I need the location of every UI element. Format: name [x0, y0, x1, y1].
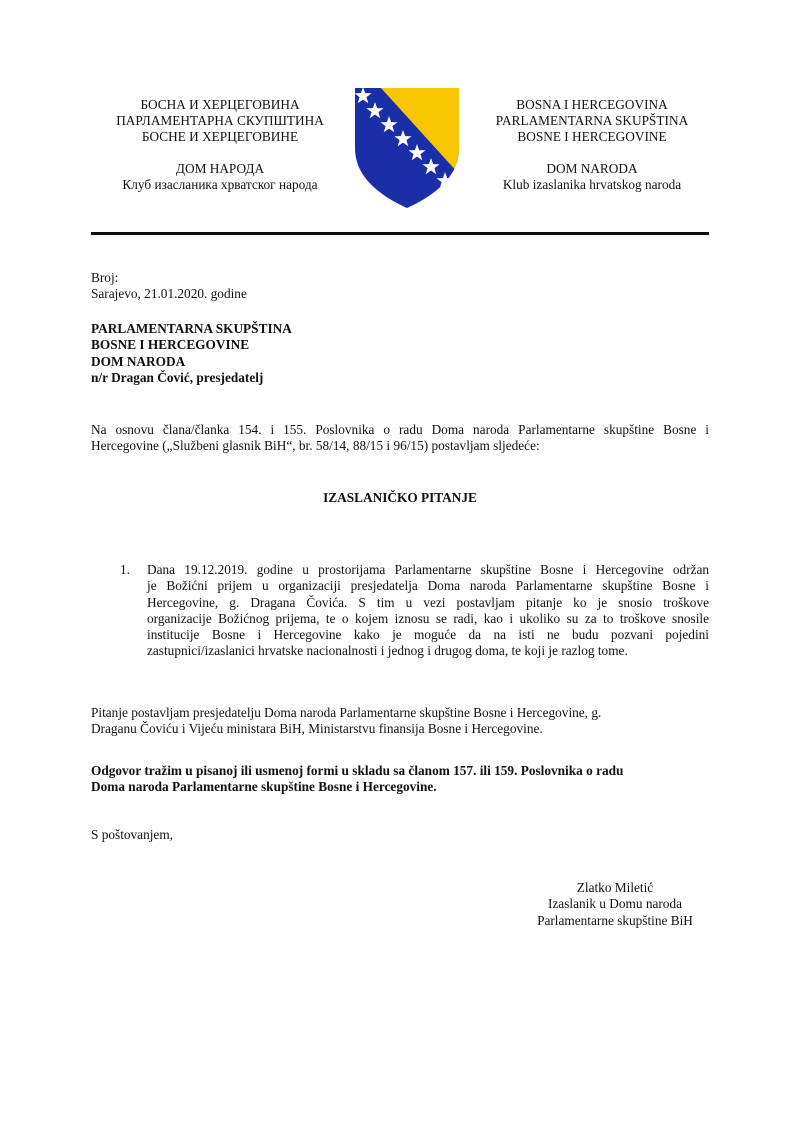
header-divider [91, 232, 709, 235]
letterhead-latin: BOSNA I HERCEGOVINA PARLAMENTARNA SKUPŠT… [462, 97, 722, 193]
intro-line: Hercegovine („Službeni glasnik BiH“, br.… [91, 438, 709, 454]
recipient-line: BOSNE I HERCEGOVINE [91, 337, 292, 353]
document-title: IZASLANIČKO PITANJE [91, 490, 709, 506]
document-meta: Broj: Sarajevo, 21.01.2020. godine [91, 270, 247, 303]
signatory-institution: Parlamentarne skupštine BiH [520, 913, 710, 929]
letterhead-club: Клуб изасланика хрватског народа [85, 177, 355, 193]
letterhead-line: БОСНА И ХЕРЦЕГОВИНА [85, 97, 355, 113]
document-number-label: Broj: [91, 270, 247, 286]
recipient-line: DOM NARODA [91, 354, 292, 370]
recipient-attention: n/r Dragan Čović, presjedatelj [91, 370, 292, 386]
question-line: Dana 19.12.2019. godine u prostorijama P… [147, 562, 709, 578]
question-line: institucije Bosne i Hercegovine kako je … [147, 627, 709, 643]
letterhead-line: ПАРЛАМЕНТАРНА СКУПШТИНА [85, 113, 355, 129]
intro-line: Na osnovu člana/članka 154. i 155. Poslo… [91, 422, 709, 438]
signatory-title: Izaslanik u Domu naroda [520, 896, 710, 912]
addressee-line: Draganu Čoviću i Vijeću ministara BiH, M… [91, 721, 709, 737]
question-line: zastupnici/izaslanici hrvatske nacionaln… [147, 643, 709, 659]
letterhead-club: Klub izaslanika hrvatskog naroda [462, 177, 722, 193]
request-line: Odgovor tražim u pisanoj ili usmenoj for… [91, 763, 709, 779]
question-line: Hercegovine, g. Dragana Čovića. S tim u … [147, 595, 709, 611]
recipient-line: PARLAMENTARNA SKUPŠTINA [91, 321, 292, 337]
response-request: Odgovor tražim u pisanoj ili usmenoj for… [91, 763, 709, 796]
place-date: Sarajevo, 21.01.2020. godine [91, 286, 247, 302]
signatory-name: Zlatko Miletić [520, 880, 710, 896]
letterhead-line: PARLAMENTARNA SKUPŠTINA [462, 113, 722, 129]
coat-of-arms-icon [353, 86, 461, 210]
closing-salutation: S poštovanjem, [91, 827, 173, 843]
addressee-line: Pitanje postavljam presjedatelju Doma na… [91, 705, 709, 721]
letterhead-house: ДОМ НАРОДА [85, 161, 355, 177]
question-line: je Božićni prijem u organizaciji presjed… [147, 578, 709, 594]
letterhead-line: BOSNA I HERCEGOVINA [462, 97, 722, 113]
request-line: Doma naroda Parlamentarne skupštine Bosn… [91, 779, 709, 795]
question-number: 1. [120, 562, 130, 578]
recipient-block: PARLAMENTARNA SKUPŠTINA BOSNE I HERCEGOV… [91, 321, 292, 386]
letterhead-house: DOM NARODA [462, 161, 722, 177]
question-line: organizacije Božićnog prijema, te o koje… [147, 611, 709, 627]
letterhead-line: БОСНЕ И ХЕРЦЕГОВИНЕ [85, 129, 355, 145]
letterhead-line: BOSNE I HERCEGOVINE [462, 129, 722, 145]
question-body: Dana 19.12.2019. godine u prostorijama P… [147, 562, 709, 660]
addressee-paragraph: Pitanje postavljam presjedatelju Doma na… [91, 705, 709, 738]
intro-paragraph: Na osnovu člana/članka 154. i 155. Poslo… [91, 422, 709, 455]
letterhead-cyrillic: БОСНА И ХЕРЦЕГОВИНА ПАРЛАМЕНТАРНА СКУПШТ… [85, 97, 355, 193]
signature-block: Zlatko Miletić Izaslanik u Domu naroda P… [520, 880, 710, 929]
